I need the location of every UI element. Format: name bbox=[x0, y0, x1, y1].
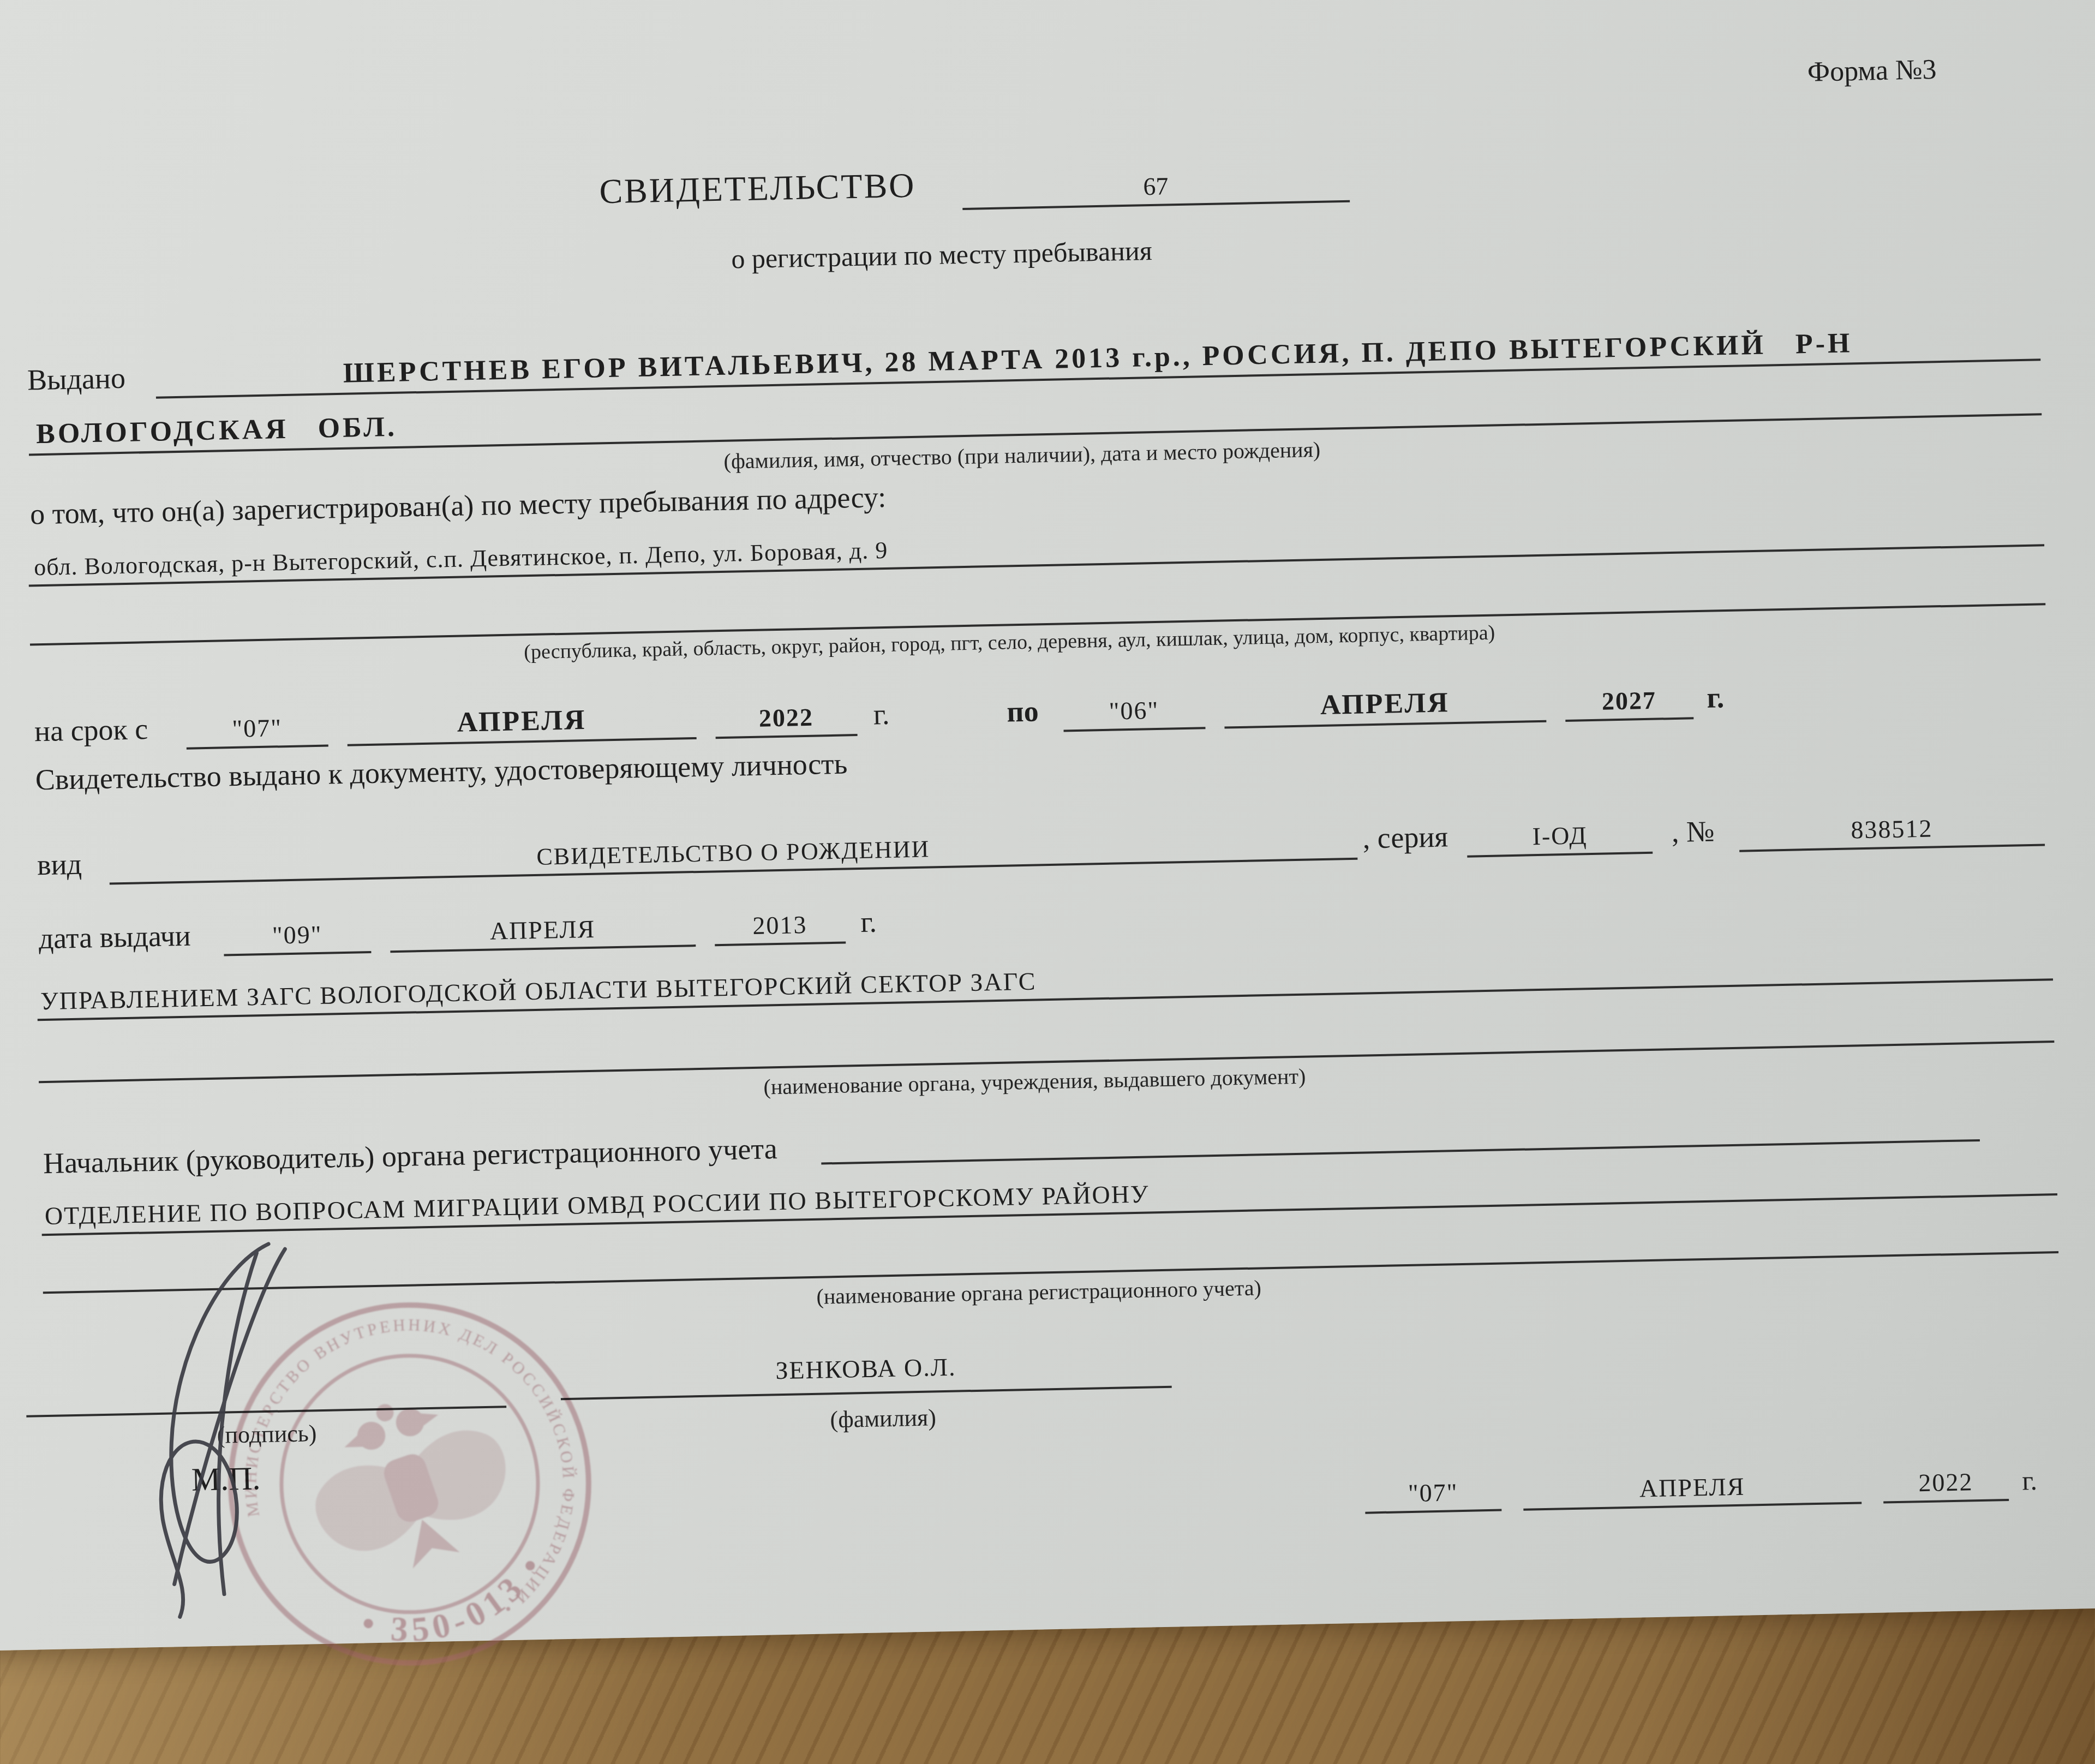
doc-issuer-value: УПРАВЛЕНИЕМ ЗАГС ВОЛОГОДСКОЙ ОБЛАСТИ ВЫТ… bbox=[37, 946, 2053, 1019]
issued-label: Выдано bbox=[27, 361, 126, 402]
doc-kind-label: вид bbox=[37, 847, 82, 887]
period-from-year-blank: 2022 bbox=[715, 702, 857, 739]
footer-month-blank: АПРЕЛЯ bbox=[1523, 1469, 1861, 1510]
period-row: на срок с "07" АПРЕЛЯ 2022 г. по "06" АП… bbox=[34, 659, 2037, 753]
doc-kind-blank: СВИДЕТЕЛЬСТВО О РОЖДЕНИИ bbox=[109, 808, 1358, 885]
certificate-number: 67 bbox=[1143, 171, 1169, 204]
period-to-month: АПРЕЛЯ bbox=[1320, 686, 1450, 725]
period-label: на срок с bbox=[34, 712, 148, 752]
footer-year-blank: 2022 bbox=[1883, 1467, 2009, 1504]
period-to-label: по bbox=[1007, 694, 1039, 733]
period-from-day-blank: "07" bbox=[185, 693, 328, 750]
period-to-day: "06" bbox=[1109, 696, 1159, 729]
signature-stroke-3 bbox=[167, 1249, 291, 1584]
doc-number-label: , № bbox=[1671, 814, 1715, 853]
period-to-year: 2027 bbox=[1601, 686, 1656, 719]
footer-month: АПРЕЛЯ bbox=[1639, 1472, 1745, 1506]
document-title: СВИДЕТЕЛЬСТВО bbox=[599, 165, 917, 218]
footer-date-row: "07" АПРЕЛЯ 2022 г. bbox=[1364, 1442, 2037, 1514]
period-g1: г. bbox=[873, 697, 890, 736]
footer-day-blank: "07" bbox=[1364, 1452, 1501, 1514]
period-from-month: АПРЕЛЯ bbox=[457, 704, 586, 742]
doc-kind-row: вид СВИДЕТЕЛЬСТВО О РОЖДЕНИИ , серия I-О… bbox=[37, 793, 2045, 886]
doc-number-value: 838512 bbox=[1851, 814, 1933, 848]
doc-issue-year: 2013 bbox=[752, 910, 807, 943]
period-spacer bbox=[890, 733, 1007, 736]
signature-stroke-1 bbox=[156, 1244, 276, 1593]
period-from-year: 2022 bbox=[758, 703, 813, 736]
handwritten-signature bbox=[56, 1231, 369, 1593]
doc-number-blank: 838512 bbox=[1739, 811, 2045, 852]
form-number-label: Форма №3 bbox=[1807, 53, 1937, 89]
statement-text: о том, что он(а) зарегистрирован(а) по м… bbox=[30, 480, 887, 531]
period-g2: г. bbox=[1707, 680, 1725, 719]
doc-issue-day-blank: "09" bbox=[223, 902, 372, 956]
document-sheet: Форма №3 СВИДЕТЕЛЬСТВО 67 о регистрации … bbox=[0, 0, 2095, 1593]
doc-issue-label: дата выдачи bbox=[38, 919, 191, 960]
footer-year: 2022 bbox=[1918, 1467, 1973, 1500]
family-name-blank: ЗЕНКОВА О.Л. bbox=[559, 1316, 1171, 1400]
doc-issue-date-row: дата выдачи "09" АПРЕЛЯ 2013 г. bbox=[38, 892, 877, 960]
doc-issue-day: "09" bbox=[272, 920, 322, 953]
document-subtitle: о регистрации по месту пребывания bbox=[601, 232, 1283, 277]
registrar-label: Начальник (руководитель) органа регистра… bbox=[43, 1132, 777, 1180]
doc-issue-month: АПРЕЛЯ bbox=[489, 914, 596, 949]
footer-day: "07" bbox=[1408, 1478, 1458, 1511]
period-from-month-blank: АПРЕЛЯ bbox=[346, 702, 696, 746]
title-row: СВИДЕТЕЛЬСТВО 67 bbox=[599, 157, 1350, 218]
period-to-day-blank: "06" bbox=[1063, 695, 1205, 732]
doc-issue-month-blank: АПРЕЛЯ bbox=[390, 912, 696, 953]
certificate-number-blank: 67 bbox=[962, 168, 1350, 210]
photo-wood-table: { "form_no": "Форма №3", "title": { "wor… bbox=[0, 0, 2095, 1593]
doc-series-blank: I-ОД bbox=[1467, 820, 1653, 858]
family-name-value: ЗЕНКОВА О.Л. bbox=[775, 1353, 956, 1394]
period-to-year-blank: 2027 bbox=[1565, 685, 1693, 722]
doc-series-label: , серия bbox=[1362, 820, 1448, 859]
doc-kind-value: СВИДЕТЕЛЬСТВО О РОЖДЕНИИ bbox=[536, 835, 930, 874]
doc-issue-year-blank: 2013 bbox=[714, 910, 846, 947]
footer-g: г. bbox=[2022, 1464, 2038, 1500]
family-name-row: ЗЕНКОВА О.Л. bbox=[559, 1316, 1171, 1400]
doc-series-value: I-ОД bbox=[1532, 821, 1588, 854]
doc-issue-g: г. bbox=[860, 905, 877, 943]
period-from-day: "07" bbox=[232, 713, 283, 746]
period-to-month-blank: АПРЕЛЯ bbox=[1224, 685, 1546, 729]
document-intro: Свидетельство выдано к документу, удосто… bbox=[35, 746, 848, 797]
family-caption: (фамилия) bbox=[730, 1402, 1036, 1436]
signature-stroke-2 bbox=[213, 1253, 264, 1593]
